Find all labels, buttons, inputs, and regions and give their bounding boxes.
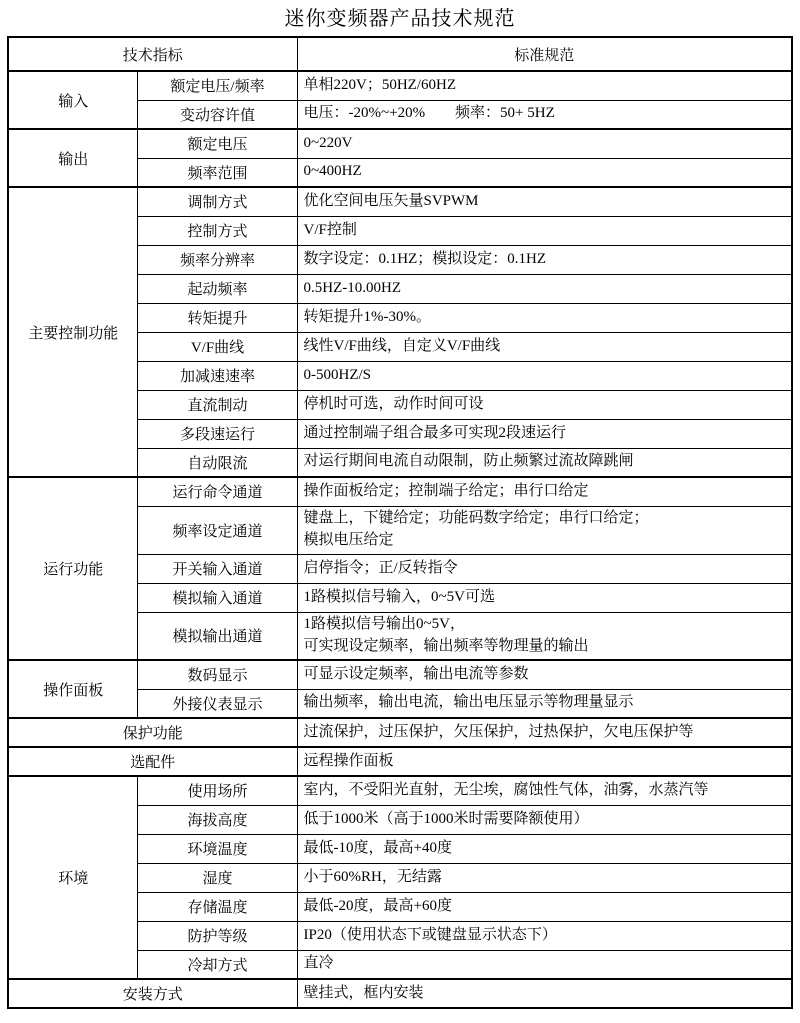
table-row: 环境 使用场所 室内，不受阳光直射，无尘埃，腐蚀性气体，油雾，水蒸汽等 <box>8 776 792 805</box>
spec-value-cell: 最低-10度，最高+40度 <box>297 834 792 863</box>
category-installation-cell: 安装方式 <box>8 979 297 1008</box>
spec-item-cell: 外接仪表显示 <box>138 689 297 718</box>
spec-value-cell: 单相220V；50HZ/60HZ <box>297 71 792 100</box>
spec-item-cell: 频率设定通道 <box>138 506 297 554</box>
category-operation-panel-cell: 操作面板 <box>8 660 138 718</box>
spec-value-cell: 直冷 <box>297 950 792 979</box>
spec-value-cell: 键盘上，下键给定；功能码数字给定；串行口给定； 模拟电压给定 <box>297 506 792 554</box>
spec-value-cell: 过流保护，过压保护，欠压保护，过热保护，欠电压保护等 <box>297 718 792 747</box>
spec-value-cell: 对运行期间电流自动限制，防止频繁过流故障跳闸 <box>297 448 792 477</box>
spec-value-cell: 室内，不受阳光直射，无尘埃，腐蚀性气体，油雾，水蒸汽等 <box>297 776 792 805</box>
table-row: 选配件 远程操作面板 <box>8 747 792 776</box>
spec-item-cell: 直流制动 <box>138 390 297 419</box>
spec-item-cell: 额定电压 <box>138 129 297 158</box>
table-row: 主要控制功能 调制方式 优化空间电压矢量SVPWM <box>8 187 792 216</box>
category-output-cell: 输出 <box>8 129 138 187</box>
spec-value-cell: 数字设定：0.1HZ；模拟设定：0.1HZ <box>297 245 792 274</box>
spec-item-cell: 数码显示 <box>138 660 297 689</box>
spec-item-cell: 变动容许值 <box>138 100 297 129</box>
spec-value-cell: 转矩提升1%-30%。 <box>297 303 792 332</box>
spec-value-cell: 0.5HZ-10.00HZ <box>297 274 792 303</box>
category-optional-parts-cell: 选配件 <box>8 747 297 776</box>
spec-item-cell: 模拟输入通道 <box>138 583 297 612</box>
spec-value-cell: 1路模拟信号输出0~5V， 可实现设定频率，输出频率等物理量的输出 <box>297 612 792 660</box>
spec-item-cell: 运行命令通道 <box>138 477 297 506</box>
spec-item-cell: 加减速速率 <box>138 361 297 390</box>
table-row: 输出 额定电压 0~220V <box>8 129 792 158</box>
spec-value-cell: 可显示设定频率，输出电流等参数 <box>297 660 792 689</box>
spec-value-cell: 壁挂式，框内安装 <box>297 979 792 1008</box>
category-main-control-cell: 主要控制功能 <box>8 187 138 477</box>
spec-sheet: 迷你变频器产品技术规范 技术指标 标准规范 输入 额定电压/频率 单相220V；… <box>0 0 800 1023</box>
table-row: 安装方式 壁挂式，框内安装 <box>8 979 792 1008</box>
spec-item-cell: 湿度 <box>138 863 297 892</box>
spec-value-cell: 通过控制端子组合最多可实现2段速运行 <box>297 419 792 448</box>
spec-table: 技术指标 标准规范 输入 额定电压/频率 单相220V；50HZ/60HZ 变动… <box>7 36 793 1009</box>
spec-item-cell: 海拔高度 <box>138 805 297 834</box>
spec-item-cell: 频率分辨率 <box>138 245 297 274</box>
spec-item-cell: V/F曲线 <box>138 332 297 361</box>
spec-value-cell: 优化空间电压矢量SVPWM <box>297 187 792 216</box>
spec-item-cell: 控制方式 <box>138 216 297 245</box>
category-environment-cell: 环境 <box>8 776 138 979</box>
spec-item-cell: 存储温度 <box>138 892 297 921</box>
spec-item-cell: 使用场所 <box>138 776 297 805</box>
spec-value-cell: 0~400HZ <box>297 158 792 187</box>
table-row: 运行功能 运行命令通道 操作面板给定；控制端子给定；串行口给定 <box>8 477 792 506</box>
header-standard-cell: 标准规范 <box>297 37 792 71</box>
spec-item-cell: 自动限流 <box>138 448 297 477</box>
spec-item-cell: 频率范围 <box>138 158 297 187</box>
header-indicator-cell: 技术指标 <box>8 37 297 71</box>
category-input-cell: 输入 <box>8 71 138 129</box>
spec-value-cell: 低于1000米（高于1000米时需要降额使用） <box>297 805 792 834</box>
spec-value-cell: 小于60%RH，无结露 <box>297 863 792 892</box>
spec-item-cell: 环境温度 <box>138 834 297 863</box>
spec-value-cell: 1路模拟信号输入，0~5V可选 <box>297 583 792 612</box>
table-row: 输入 额定电压/频率 单相220V；50HZ/60HZ <box>8 71 792 100</box>
spec-item-cell: 调制方式 <box>138 187 297 216</box>
spec-value-cell: 操作面板给定；控制端子给定；串行口给定 <box>297 477 792 506</box>
spec-item-cell: 防护等级 <box>138 921 297 950</box>
category-run-function-cell: 运行功能 <box>8 477 138 660</box>
spec-item-cell: 起动频率 <box>138 274 297 303</box>
spec-value-cell: V/F控制 <box>297 216 792 245</box>
spec-value-cell: 电压：-20%~+20% 频率：50+ 5HZ <box>297 100 792 129</box>
spec-item-cell: 模拟输出通道 <box>138 612 297 660</box>
spec-value-cell: 远程操作面板 <box>297 747 792 776</box>
table-header-row: 技术指标 标准规范 <box>8 37 792 71</box>
spec-value-cell: IP20（使用状态下或键盘显示状态下） <box>297 921 792 950</box>
spec-item-cell: 转矩提升 <box>138 303 297 332</box>
spec-value-cell: 线性V/F曲线，自定义V/F曲线 <box>297 332 792 361</box>
spec-value-cell: 启停指令；正/反转指令 <box>297 554 792 583</box>
spec-value-cell: 停机时可选，动作时间可设 <box>297 390 792 419</box>
spec-item-cell: 冷却方式 <box>138 950 297 979</box>
spec-value-cell: 0~220V <box>297 129 792 158</box>
spec-value-cell: 输出频率，输出电流，输出电压显示等物理量显示 <box>297 689 792 718</box>
table-row: 保护功能 过流保护，过压保护，欠压保护，过热保护，欠电压保护等 <box>8 718 792 747</box>
spec-value-cell: 最低-20度，最高+60度 <box>297 892 792 921</box>
category-protection-cell: 保护功能 <box>8 718 297 747</box>
table-row: 操作面板 数码显示 可显示设定频率，输出电流等参数 <box>8 660 792 689</box>
spec-item-cell: 多段速运行 <box>138 419 297 448</box>
spec-value-cell: 0-500HZ/S <box>297 361 792 390</box>
page-title: 迷你变频器产品技术规范 <box>0 0 800 32</box>
spec-item-cell: 额定电压/频率 <box>138 71 297 100</box>
spec-item-cell: 开关输入通道 <box>138 554 297 583</box>
